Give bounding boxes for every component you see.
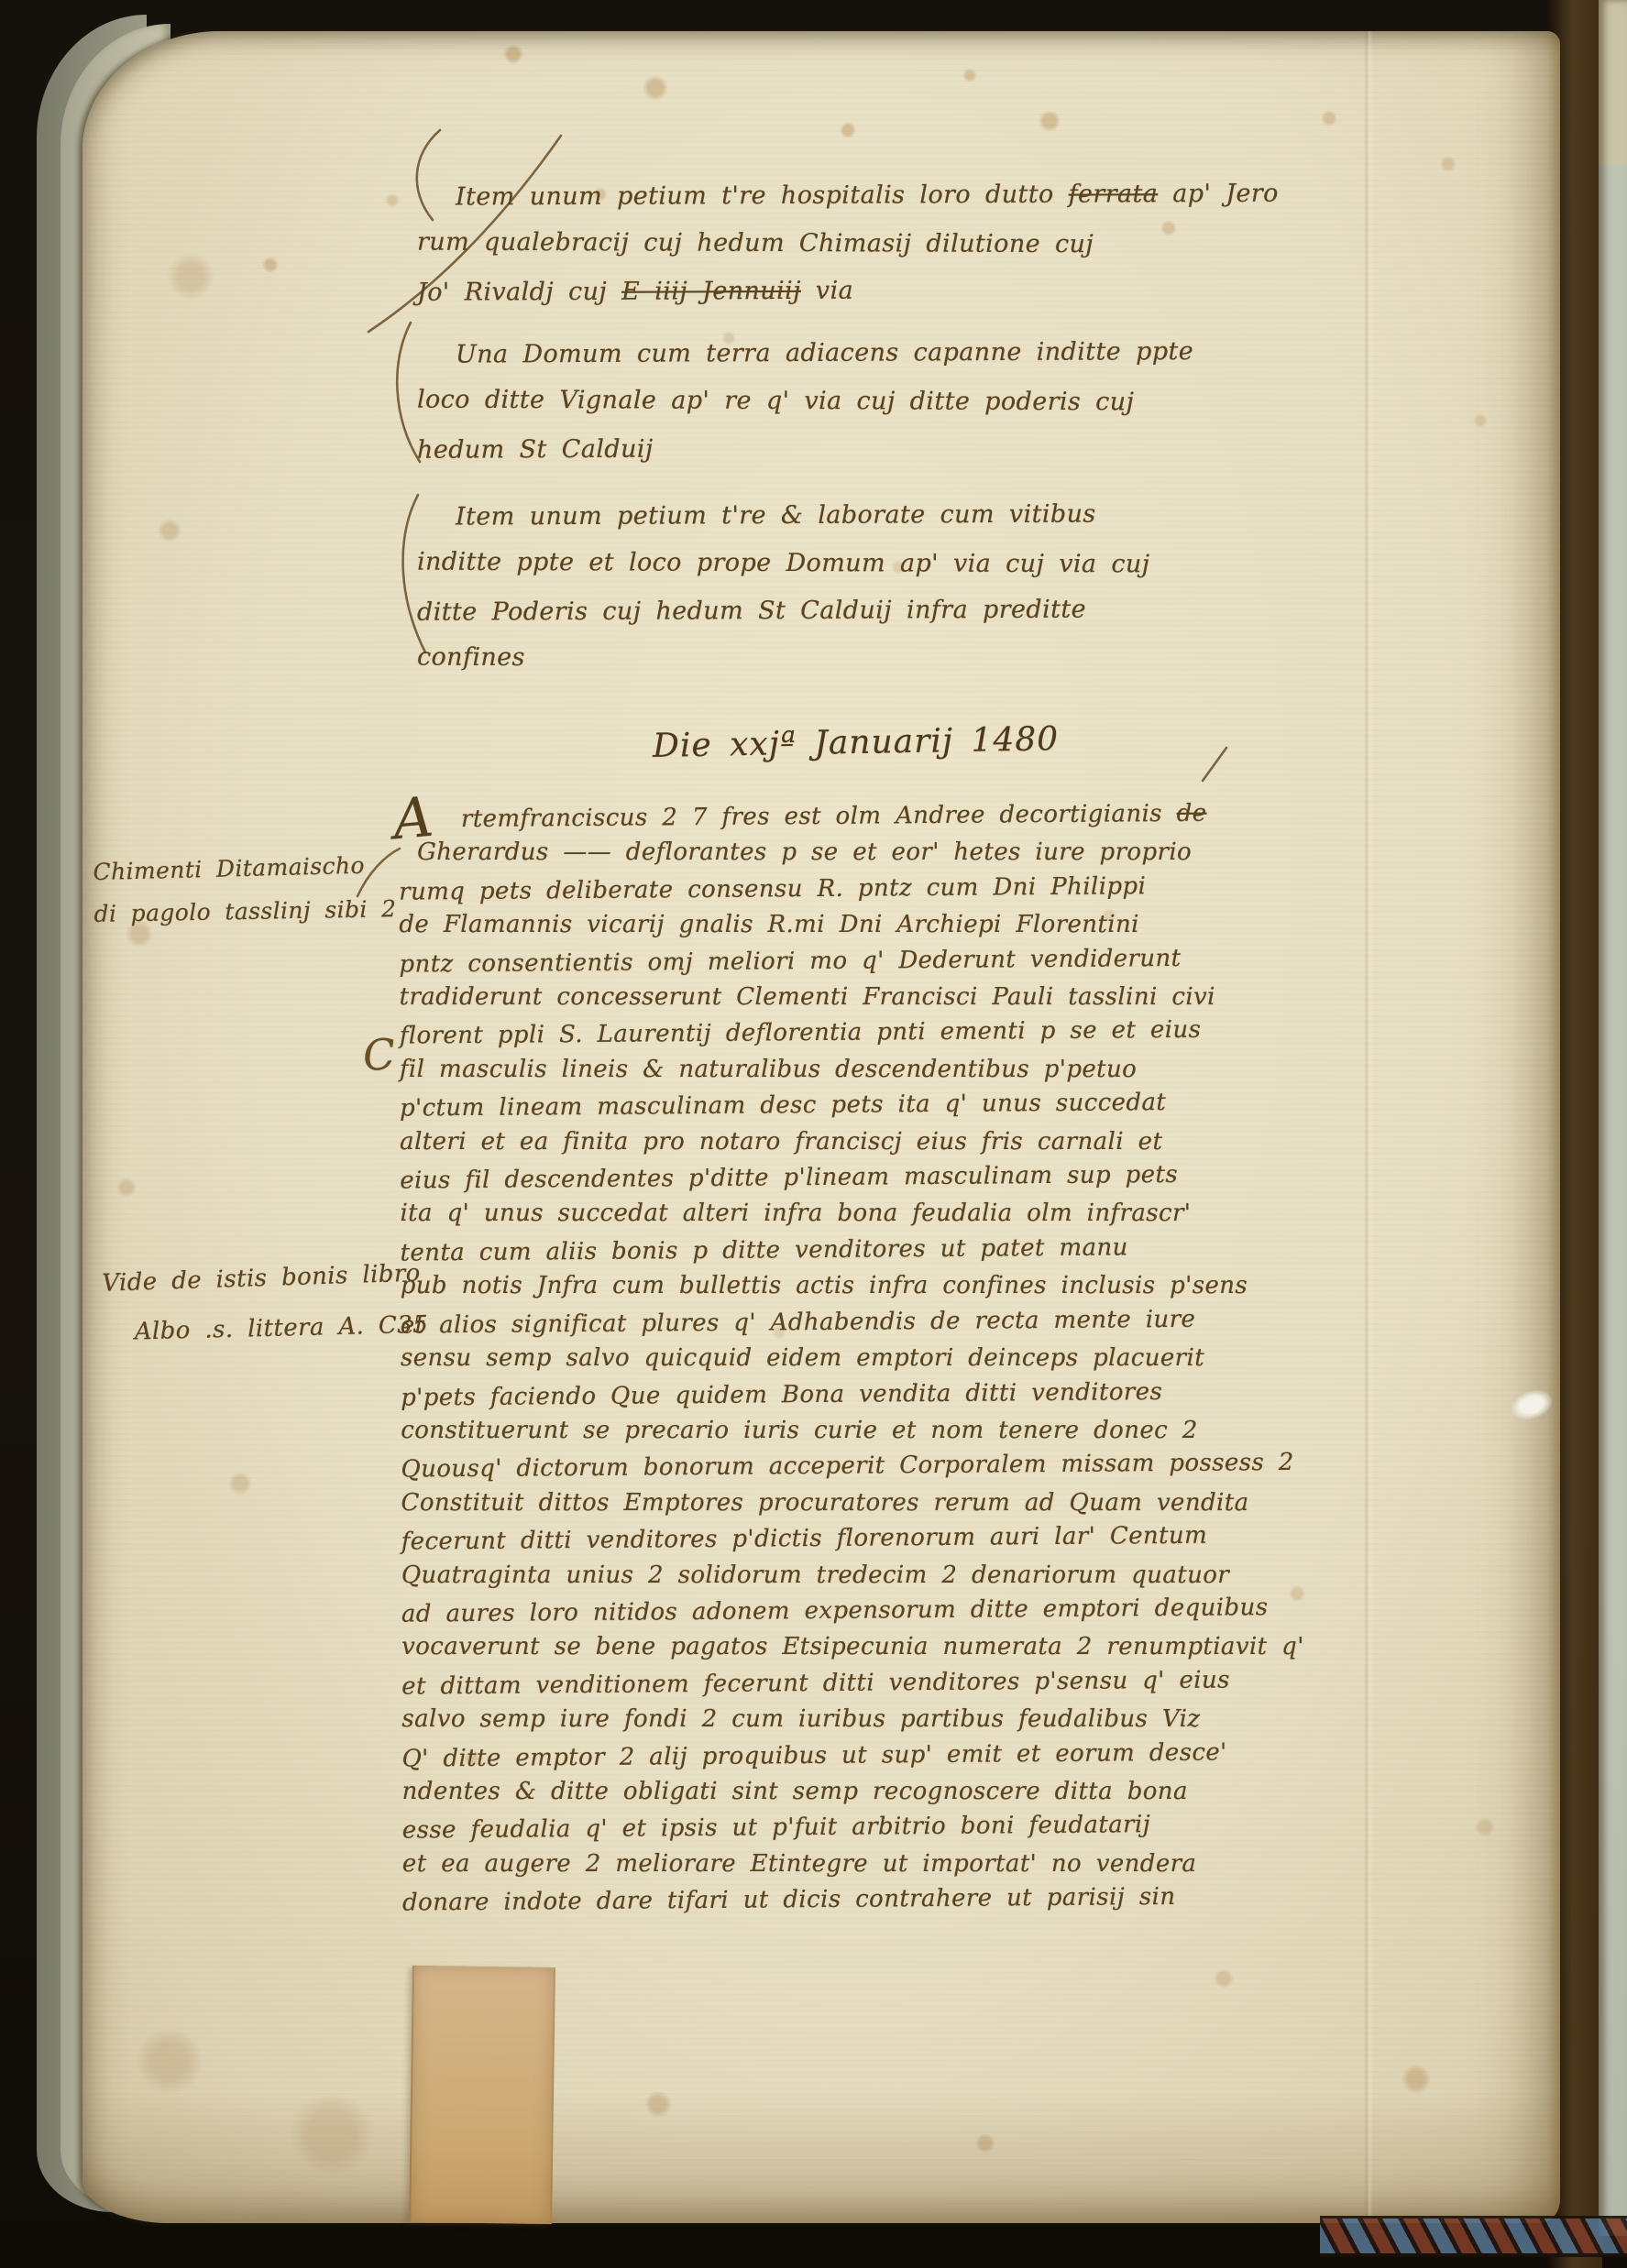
manuscript-line: confines: [417, 634, 1150, 685]
manuscript-line: et alios significat plures q' Adhabendis…: [401, 1301, 1235, 1344]
text-segment: loco ditte Vignale ap' re q' via cuj dit…: [417, 386, 1134, 417]
text-segment: ap' Jero: [1158, 180, 1279, 209]
text-segment: Jo' Rivaldj cuj: [417, 278, 621, 307]
text-segment: ditte Poderis cuj hedum St Calduij infra…: [417, 596, 1086, 627]
text-segment: et ea augere 2 meliorare Etintegre ut im…: [402, 1850, 1196, 1878]
endband-braid: [1320, 2216, 1627, 2257]
text-segment: rumq pets deliberate consensu R. pntz cu…: [399, 872, 1146, 905]
text-segment: esse feudalia q' et ipsis ut p'fuit arbi…: [402, 1812, 1151, 1845]
text-segment: vocaverunt se bene pagatos Etsipecunia n…: [401, 1633, 1304, 1660]
text-segment: Vide de istis bonis libro: [102, 1260, 421, 1298]
manuscript-line: sensu semp salvo quicquid eidem emptori …: [401, 1341, 1235, 1376]
text-segment: de Flamannis vicarij gnalis R.mi Dni Arc…: [399, 911, 1138, 938]
manuscript-line: et dittam venditionem fecerunt ditti ven…: [401, 1662, 1236, 1705]
manuscript-line: Quousq' dictorum bonorum acceperit Corpo…: [401, 1446, 1235, 1489]
text-segment: tradiderunt concesserunt Clementi Franci…: [400, 983, 1215, 1011]
property-paragraph-3: Item unum petium t're & laborate cum vit…: [417, 492, 1150, 683]
repair-patch: [409, 1966, 555, 2224]
text-segment: ita q' unus succedat alteri infra bona f…: [400, 1200, 1191, 1227]
manuscript-line: et ea augere 2 meliorare Etintegre ut im…: [402, 1846, 1237, 1882]
text-segment: pub notis Jnfra cum bullettis actis infr…: [401, 1272, 1248, 1299]
text-segment: et alios significat plures q' Adhabendis…: [401, 1305, 1196, 1339]
manuscript-line: alteri et ea finita pro notaro franciscj…: [400, 1124, 1234, 1160]
manuscript-line: fecerunt ditti venditores p'dictis flore…: [401, 1518, 1236, 1561]
text-segment: constituerunt se precario iuris curie et…: [401, 1417, 1197, 1444]
property-paragraph-2: Una Domum cum terra adiacens capanne ind…: [417, 330, 1150, 473]
text-segment: rtemfranciscus 2 7 fres est olm Andree d…: [461, 800, 1177, 833]
text-segment: salvo semp iure fondi 2 cum iuribus part…: [401, 1705, 1200, 1733]
text-segment: Item unum petium t're & laborate cum vit…: [456, 500, 1096, 531]
manuscript-line: tradiderunt concesserunt Clementi Franci…: [400, 980, 1234, 1015]
text-segment: Albo .s. littera A. C35: [134, 1311, 428, 1346]
text-segment: et dittam venditionem fecerunt ditti ven…: [401, 1666, 1230, 1700]
text-segment: ad aures loro nitidos adonem expensorum …: [401, 1594, 1269, 1627]
manuscript-line: loco ditte Vignale ap' re q' via cuj dit…: [417, 377, 1150, 427]
manuscript-line: esse feudalia q' et ipsis ut p'fuit arbi…: [402, 1807, 1237, 1850]
manuscript-line: ditte Poderis cuj hedum St Calduij infra…: [417, 586, 1150, 636]
manuscript-line: Quatraginta unius 2 solidorum tredecim 2…: [401, 1558, 1236, 1594]
date-heading: Die xxjª Januarij 1480: [653, 720, 1060, 765]
text-segment: Gherardus —— deflorantes p se et eor' he…: [417, 838, 1192, 866]
text-segment: confines: [417, 643, 525, 672]
text-segment: p'pets faciendo Que quidem Bona vendita …: [401, 1378, 1162, 1412]
manuscript-line: Gherardus —— deflorantes p se et eor' he…: [399, 835, 1233, 871]
next-leaf-edge: [1599, 0, 1627, 2236]
manuscript-line: florent ppli S. Laurentij deflorentia pn…: [400, 1013, 1234, 1056]
manuscript-line: hedum St Calduij: [417, 423, 1150, 474]
manuscript-line: di pagolo tasslinj sibi 2: [93, 887, 397, 936]
text-segment: tenta cum aliis bonis p ditte venditores…: [400, 1233, 1127, 1266]
text-segment: rum qualebracij cuj hedum Chimasij dilut…: [417, 228, 1094, 259]
struck-text: ferrata: [1069, 180, 1159, 208]
text-segment: fecerunt ditti venditores p'dictis flore…: [401, 1522, 1208, 1556]
text-segment: alteri et ea finita pro notaro franciscj…: [400, 1128, 1162, 1156]
text-segment: Item unum petium t're hospitalis loro du…: [456, 181, 1069, 212]
text-segment: inditte ppte et loco prope Domum ap' via…: [417, 548, 1150, 579]
margin-note-parties: Chimenti Ditamaischodi pagolo tasslinj s…: [93, 844, 397, 937]
manuscript-line: Item unum petium t're hospitalis loro du…: [417, 170, 1150, 221]
manuscript-line: Item unum petium t're & laborate cum vit…: [417, 490, 1150, 541]
manuscript-line: fil masculis lineis & naturalibus descen…: [400, 1052, 1234, 1088]
manuscript-line: Chimenti Ditamaischo: [93, 843, 396, 893]
manuscript-line: p'pets faciendo Que quidem Bona vendita …: [401, 1374, 1235, 1417]
manuscript-line: Albo .s. littera A. C35: [103, 1300, 429, 1359]
manuscript-line: de Flamannis vicarij gnalis R.mi Dni Arc…: [399, 907, 1233, 943]
manuscript-line: Vide de istis bonis libro: [101, 1248, 427, 1309]
manuscript-line: salvo semp iure fondi 2 cum iuribus part…: [401, 1702, 1236, 1737]
manuscript-line: constituerunt se precario iuris curie et…: [401, 1413, 1235, 1449]
manuscript-line: Constituit dittos Emptores procuratores …: [401, 1485, 1236, 1521]
text-segment: Una Domum cum terra adiacens capanne ind…: [456, 337, 1193, 369]
gutter-shadow: [1547, 0, 1602, 2268]
text-segment: hedum St Calduij: [417, 435, 654, 465]
text-segment: via: [801, 277, 853, 305]
text-segment: eius fil descendentes p'ditte p'lineam m…: [400, 1161, 1178, 1195]
manuscript-line: pntz consentientis omj meliori mo q' Ded…: [399, 940, 1233, 983]
manuscript-line: ita q' unus succedat alteri infra bona f…: [400, 1196, 1234, 1232]
manuscript-line: ad aures loro nitidos adonem expensorum …: [401, 1590, 1236, 1633]
text-segment: sensu semp salvo quicquid eidem emptori …: [401, 1344, 1204, 1372]
text-segment: Constituit dittos Emptores procuratores …: [401, 1489, 1249, 1517]
notarial-act-lines: rtemfranciscus 2 7 fres est olm Andree d…: [399, 797, 1237, 1920]
notarial-act-text: A rtemfranciscus 2 7 fres est olm Andree…: [399, 797, 1237, 1920]
text-segment: fil masculis lineis & naturalibus descen…: [400, 1056, 1137, 1083]
manuscript-line: vocaverunt se bene pagatos Etsipecunia n…: [401, 1629, 1236, 1665]
text-segment: florent ppli S. Laurentij deflorentia pn…: [400, 1016, 1202, 1050]
manuscript-line: rumq pets deliberate consensu R. pntz cu…: [399, 868, 1233, 911]
manuscript-line: tenta cum aliis bonis p ditte venditores…: [400, 1229, 1234, 1272]
margin-note-reference: Vide de istis bonis libroAlbo .s. litter…: [102, 1249, 429, 1359]
manuscript-line: rtemfranciscus 2 7 fres est olm Andree d…: [399, 795, 1233, 838]
manuscript-line: inditte ppte et loco prope Domum ap' via…: [417, 539, 1150, 589]
manuscript-line: ndentes & ditte obligati sint semp recog…: [402, 1774, 1237, 1810]
manuscript-line: Jo' Rivaldj cuj E iiij Jennuiij via: [417, 266, 1150, 316]
manuscript-line: donare indote dare tifari ut dicis contr…: [402, 1879, 1237, 1923]
margin-letter-c: C: [361, 1029, 397, 1080]
manuscript-line: Q' ditte emptor 2 alij proquibus ut sup'…: [401, 1735, 1236, 1778]
text-segment: Chimenti Ditamaischo: [93, 852, 365, 885]
text-segment: Quatraginta unius 2 solidorum tredecim 2…: [401, 1561, 1229, 1589]
text-segment: donare indote dare tifari ut dicis contr…: [402, 1883, 1176, 1917]
text-segment: di pagolo tasslinj sibi 2: [93, 895, 396, 927]
manuscript-line: pub notis Jnfra cum bullettis actis infr…: [401, 1268, 1235, 1304]
text-segment: Q' ditte emptor 2 alij proquibus ut sup'…: [401, 1738, 1226, 1772]
manuscript-line: p'ctum lineam masculinam desc pets ita q…: [400, 1085, 1234, 1128]
struck-text: de: [1177, 800, 1207, 827]
text-segment: pntz consentientis omj meliori mo q' Ded…: [399, 945, 1181, 979]
text-segment: p'ctum lineam masculinam desc pets ita q…: [400, 1089, 1166, 1123]
manuscript-line: rum qualebracij cuj hedum Chimasij dilut…: [417, 219, 1150, 269]
text-segment: ndentes & ditte obligati sint semp recog…: [402, 1778, 1188, 1805]
manuscript-line: eius fil descendentes p'ditte p'lineam m…: [400, 1156, 1234, 1200]
manuscript-scan: Item unum petium t're hospitalis loro du…: [0, 0, 1627, 2268]
struck-text: E iiij Jennuiij: [621, 277, 801, 306]
text-segment: Quousq' dictorum bonorum acceperit Corpo…: [401, 1449, 1294, 1484]
manuscript-line: Una Domum cum terra adiacens capanne ind…: [417, 328, 1150, 378]
property-paragraph-1: Item unum petium t're hospitalis loro du…: [417, 172, 1150, 315]
